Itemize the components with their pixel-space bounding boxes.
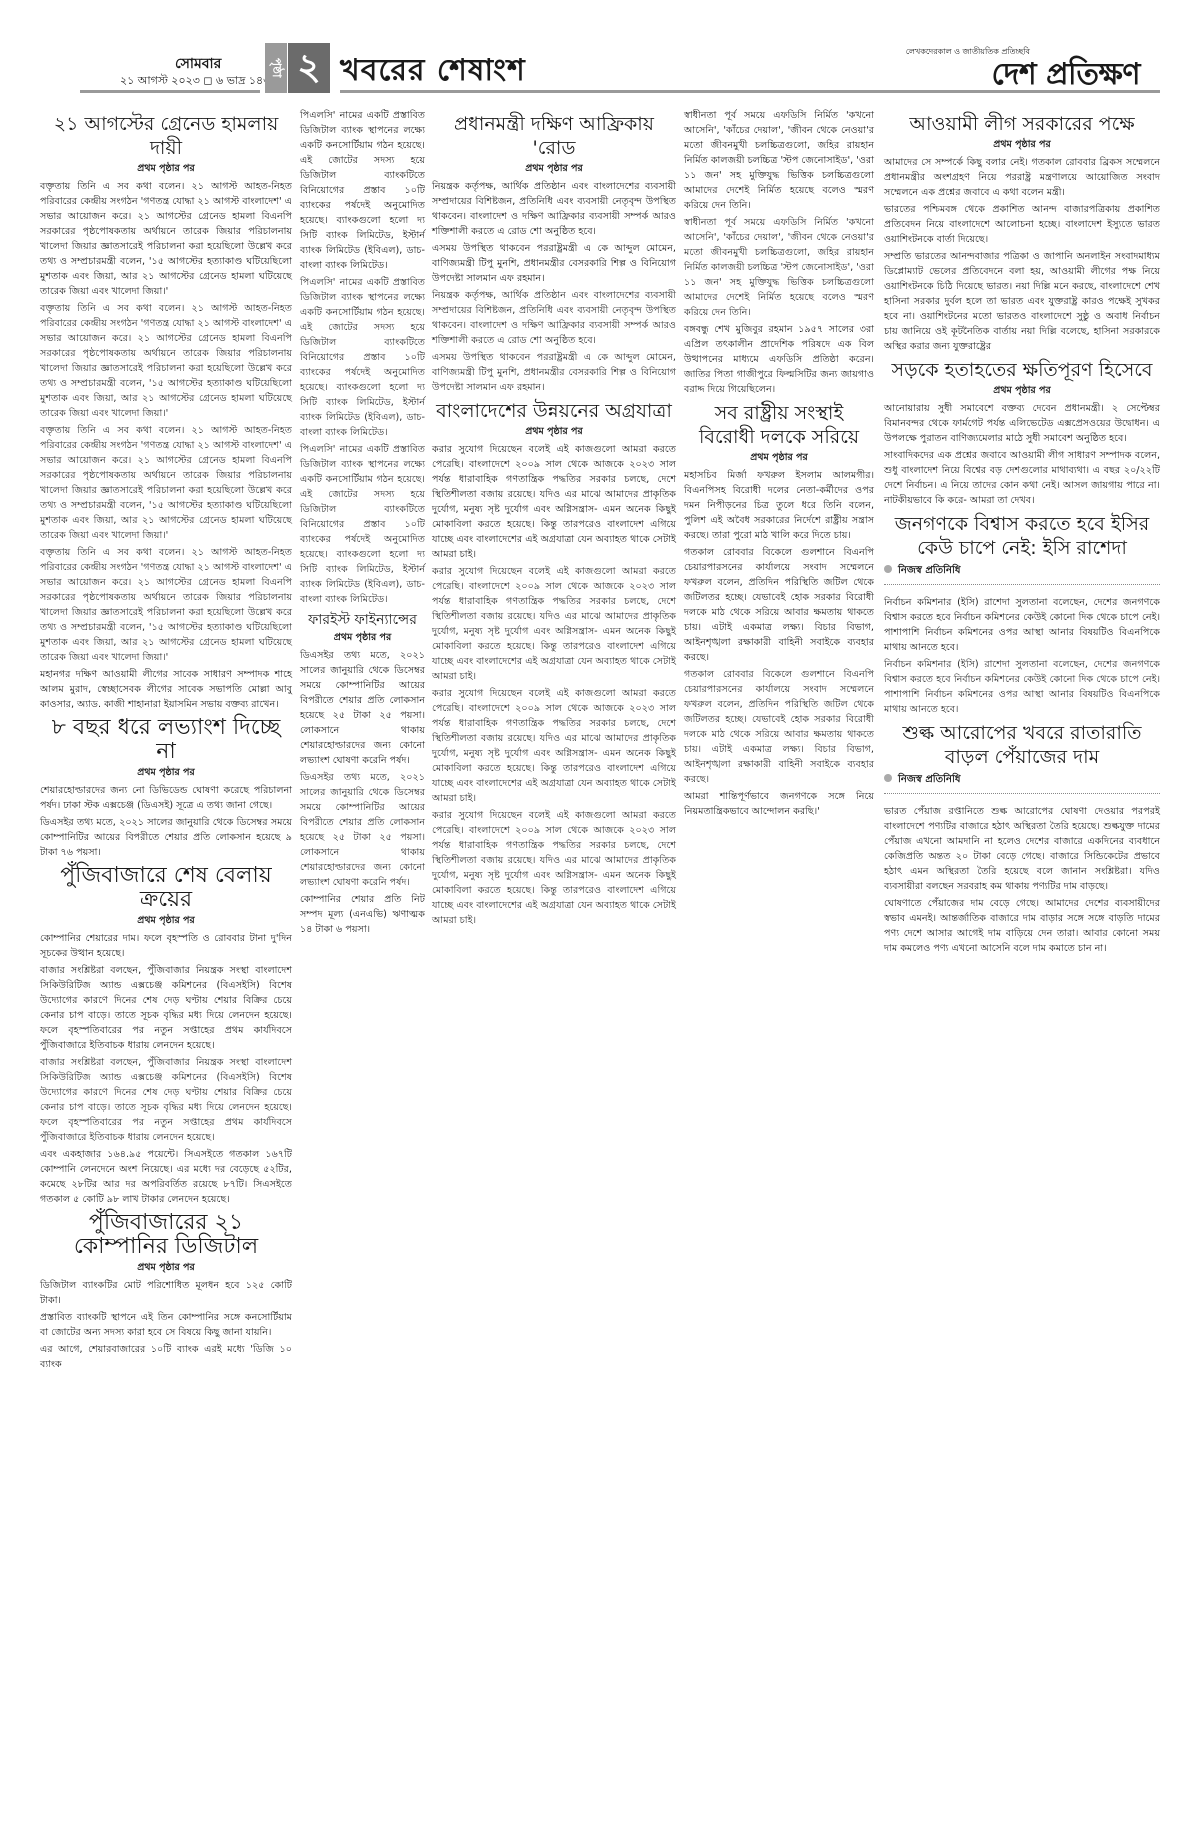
headline-dividend: ৮ বছর ধরে লভ্যাংশ দিচ্ছে না: [40, 716, 292, 764]
article-paragraph: আমাদের সে সম্পর্কে কিছু বলার নেই। গতকাল …: [884, 155, 1160, 200]
masthead: সোমবার ২১ আগস্ট ২০২৩ ◻ ৬ ভাদ্র ১৪৩০ পৃষ্…: [40, 40, 1160, 98]
article-paragraph: বক্তৃতায় তিনি এ সব কথা বলেন। ২১ আগস্ট আ…: [40, 545, 292, 665]
column-3: প্রধানমন্ত্রী দক্ষিণ আফ্রিকায় 'রোড প্রথ…: [432, 108, 676, 930]
article-paragraph: ডিজিটাল ব্যাংকটির মোট পরিশোধিত মূলধন হবে…: [40, 1278, 292, 1308]
continued-label: প্রথম পৃষ্ঠার পর: [884, 383, 1160, 398]
article-paragraph: বঙ্গবন্ধু শেখ মুজিবুর রহমান ১৯৫৭ সালের ৩…: [684, 322, 874, 397]
article-paragraph: ঘোষণাতে পেঁয়াজের দাম বেড়ে গেছে। আমাদের…: [884, 896, 1160, 956]
article-paragraph: এসময় উপস্থিত থাকবেন পররাষ্ট্রমন্ত্রী এ …: [432, 350, 676, 395]
continued-label: প্রথম পৃষ্ঠার পর: [40, 913, 292, 928]
article-paragraph: ভারত পেঁয়াজ রপ্তানিতে শুল্ক আরোপের ঘোষণ…: [884, 804, 1160, 894]
byline: নিজস্ব প্রতিনিধি: [884, 563, 1160, 578]
brand-logo: দেশ প্রতিক্ষণ: [991, 50, 1140, 101]
article-paragraph: স্বাধীনতা পূর্ব সময়ে এফডিসি নির্মিত 'কখ…: [684, 215, 874, 320]
article-paragraph: আনোয়ারায় সুধী সমাবেশে বক্তব্য দেবেন প্…: [884, 401, 1160, 446]
continued-label: প্রথম পৃষ্ঠার পর: [432, 424, 676, 439]
article-paragraph: এবং একহাজার ১৬৪.৯৫ পয়েন্টে। সিএসইতে গতক…: [40, 1147, 292, 1207]
article-paragraph: নির্বাচন কমিশনার (ইসি) রাশেদা সুলতানা বল…: [884, 657, 1160, 717]
article-paragraph: গতকাল রোববার বিকেলে গুলশানে বিএনপি চেয়া…: [684, 545, 874, 665]
article-paragraph: কোম্পানির শেয়ারের দাম। ফলে বৃহস্পতি ও র…: [40, 931, 292, 961]
article-paragraph: প্রস্তাবিত ব্যাংকটি স্থাপনে এই তিন কোম্প…: [40, 1310, 292, 1340]
headline-ec: জনগণকে বিশ্বাস করতে হবে ইসির কেউ চাপে নে…: [884, 512, 1160, 560]
byline: নিজস্ব প্রতিনিধি: [884, 772, 1160, 787]
page-label: পৃষ্ঠা: [265, 43, 287, 93]
article-paragraph: বক্তৃতায় তিনি এ সব কথা বলেন। ২১ আগস্ট আ…: [40, 301, 292, 421]
continued-label: প্রথম পৃষ্ঠার পর: [40, 765, 292, 780]
article-paragraph: পিএলসি' নামের একটি প্রস্তাবিত ডিজিটাল ব্…: [300, 275, 425, 440]
headline-awami: আওয়ামী লীগ সরকারের পক্ষে: [884, 112, 1160, 136]
headline-digital21: পুঁজিবাজারের ২১ কোম্পানির ডিজিটাল: [40, 1211, 292, 1259]
article-paragraph: পিএলসি' নামের একটি প্রস্তাবিত ডিজিটাল ব্…: [300, 442, 425, 607]
headline-road: সড়কে হতাহতের ক্ষতিপূরণ হিসেবে: [884, 358, 1160, 382]
headline-finance: ফারইস্ট ফাইন্যান্সের: [300, 611, 425, 629]
article-paragraph: নিয়ন্ত্রক কর্তৃপক্ষ, আর্থিক প্রতিষ্ঠান …: [432, 179, 676, 239]
article-paragraph: মহাসচিব মির্জা ফখরুল ইসলাম আলমগীর। বিএনপ…: [684, 468, 874, 543]
article-paragraph: সম্প্রতি ভারতের আনন্দবাজার পত্রিকা ও জাপ…: [884, 249, 1160, 354]
article-paragraph: বাজার সংশ্লিষ্টরা বলছেন, পুঁজিবাজার নিয়…: [40, 1055, 292, 1145]
article-paragraph: এসময় উপস্থিত থাকবেন পররাষ্ট্রমন্ত্রী এ …: [432, 241, 676, 286]
article-paragraph: শেয়ারহোল্ডারদের জন্য নো ডিভিডেন্ড ঘোষণা…: [40, 783, 292, 813]
continued-label: প্রথম পৃষ্ঠার পর: [40, 161, 292, 176]
headline-buying: পুঁজিবাজারে শেষ বেলায় ক্রয়ের: [40, 864, 292, 912]
article-paragraph: গতকাল রোববার বিকেলে গুলশানে বিএনপি চেয়া…: [684, 667, 874, 787]
article-paragraph: বাজার সংশ্লিষ্টরা বলছেন, পুঁজিবাজার নিয়…: [40, 963, 292, 1053]
date-divider: [80, 90, 260, 93]
headline-progress: বাংলাদেশের উন্নয়নের অগ্রযাত্রা: [432, 399, 676, 423]
article-paragraph: করার সুযোগ দিয়েছেন বলেই এই কাজগুলো আমরা…: [432, 808, 676, 928]
article-paragraph: ভারতের পশ্চিমবঙ্গ থেকে প্রকাশিত আনন্দ বা…: [884, 202, 1160, 247]
issue-date: ২১ আগস্ট ২০২৩ ◻ ৬ ভাদ্র ১৪৩০: [120, 72, 277, 91]
article-paragraph: নিয়ন্ত্রক কর্তৃপক্ষ, আর্থিক প্রতিষ্ঠান …: [432, 288, 676, 348]
article-paragraph: বক্তৃতায় তিনি এ সব কথা বলেন। ২১ আগস্ট আ…: [40, 423, 292, 543]
bullet-icon: [884, 565, 892, 573]
article-paragraph: করার সুযোগ দিয়েছেন বলেই এই কাজগুলো আমরা…: [432, 686, 676, 806]
article-paragraph: নির্বাচন কমিশনার (ইসি) রাশেদা সুলতানা বল…: [884, 595, 1160, 655]
continued-label: প্রথম পৃষ্ঠার পর: [40, 1260, 292, 1275]
article-paragraph: ডিএসইর তথ্য মতে, ২০২১ সালের জানুয়ারি থে…: [300, 770, 425, 890]
article-paragraph: কোম্পানির শেয়ার প্রতি নিট সম্পদ মূল্য (…: [300, 892, 425, 937]
continued-label: প্রথম পৃষ্ঠার পর: [432, 161, 676, 176]
article-paragraph: বক্তৃতায় তিনি এ সব কথা বলেন। ২১ আগস্ট আ…: [40, 179, 292, 299]
article-paragraph: ডিএসইর তথ্য মতে, ২০২১ সালের জানুয়ারি থে…: [300, 648, 425, 768]
article-paragraph: এর আগে, শেয়ারবাজারের ১০টি ব্যাংক এরই মধ…: [40, 1342, 292, 1372]
article-paragraph: করার সুযোগ দিয়েছেন বলেই এই কাজগুলো আমরা…: [432, 564, 676, 684]
article-paragraph: সাংবাদিকদের এক প্রশ্নের জবাবে আওয়ামী লী…: [884, 448, 1160, 508]
column-5: আওয়ামী লীগ সরকারের পক্ষে প্রথম পৃষ্ঠার …: [884, 108, 1160, 958]
column-2: পিএলসি' নামের একটি প্রস্তাবিত ডিজিটাল ব্…: [300, 108, 425, 939]
headline-pm-africa: প্রধানমন্ত্রী দক্ষিণ আফ্রিকায় 'রোড: [432, 112, 676, 160]
column-1: ২১ আগস্টের গ্রেনেড হামলায় দায়ী প্রথম প…: [40, 108, 292, 1374]
page-number: ২: [288, 43, 330, 93]
article-paragraph: ডিএসইর তথ্য মতে, ২০২১ সালের জানুয়ারি থে…: [40, 815, 292, 860]
article-paragraph: মহানগর দক্ষিণ আওয়ামী লীগের সাবেক সাধারণ…: [40, 667, 292, 712]
headline-opposition: সব রাষ্ট্রীয় সংস্থাই বিরোধী দলকে সরিয়ে: [684, 401, 874, 449]
dotted-divider: [884, 584, 1160, 585]
article-paragraph: পিএলসি' নামের একটি প্রস্তাবিত ডিজিটাল ব্…: [300, 108, 425, 273]
article-paragraph: আমরা শান্তিপূর্ণভাবে জনগণকে সঙ্গে নিয়ে …: [684, 789, 874, 819]
continued-label: প্রথম পৃষ্ঠার পর: [300, 630, 425, 645]
bullet-icon: [884, 774, 892, 782]
article-paragraph: করার সুযোগ দিয়েছেন বলেই এই কাজগুলো আমরা…: [432, 442, 676, 562]
dotted-divider: [884, 793, 1160, 794]
article-paragraph: স্বাধীনতা পূর্ব সময়ে এফডিসি নির্মিত 'কখ…: [684, 108, 874, 213]
column-4: স্বাধীনতা পূর্ব সময়ে এফডিসি নির্মিত 'কখ…: [684, 108, 874, 821]
headline-grenade: ২১ আগস্টের গ্রেনেড হামলায় দায়ী: [40, 112, 292, 160]
headline-onion: শুল্ক আরোপের খবরে রাতারাতি বাড়ল পেঁয়াজ…: [884, 721, 1160, 769]
continued-label: প্রথম পৃষ্ঠার পর: [884, 137, 1160, 152]
continued-label: প্রথম পৃষ্ঠার পর: [684, 450, 874, 465]
